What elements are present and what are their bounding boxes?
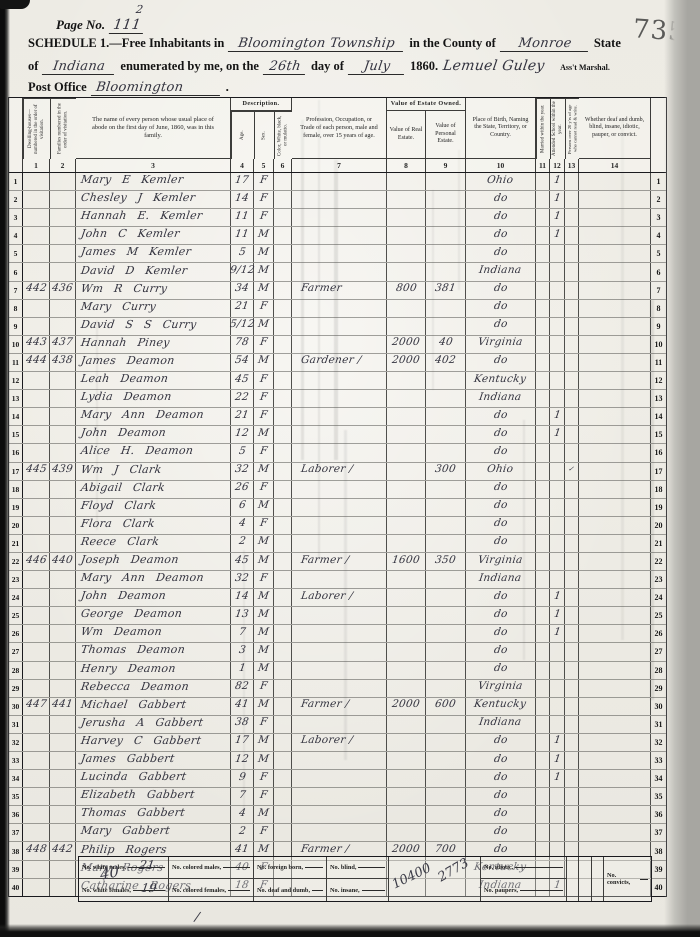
cell-dwelling: 443 xyxy=(25,336,48,348)
cell-sex: F xyxy=(259,174,268,186)
real-estate-total: 10400 xyxy=(390,861,434,893)
cell-sex: F xyxy=(259,391,268,403)
col-header-birthplace: Place of Birth, Naming the State, Territ… xyxy=(466,98,536,159)
cell-sex: F xyxy=(259,300,268,312)
idiotic-label: No. idiotic, xyxy=(484,864,513,871)
cell-age: 11 xyxy=(234,228,250,240)
cell-birthplace: do xyxy=(493,427,508,439)
table-row: 16 Alice H. Deamon 5 F do 16 xyxy=(9,444,666,462)
col-num: 8 xyxy=(387,159,426,172)
cell-name: Mary Curry xyxy=(80,300,157,313)
row-number-left: 11 xyxy=(9,354,23,371)
cell-age: 17 xyxy=(234,734,250,746)
col-header-real-estate: Value of Real Estate. xyxy=(387,111,426,159)
cell-sex: F xyxy=(259,680,268,692)
cell-sex: F xyxy=(259,409,268,421)
row-number-left: 3 xyxy=(9,209,23,226)
cell-birthplace: do xyxy=(493,843,508,855)
white-males-cell: No. white males, 21 xyxy=(79,857,169,879)
table-row: 11 444 438 James Deamon 54 M Gardener / … xyxy=(9,354,666,372)
cell-name: Hannah Piney xyxy=(80,336,171,349)
cell-dwelling: 444 xyxy=(25,354,48,366)
cell-dwelling: 445 xyxy=(25,463,48,475)
cell-birthplace: Ohio xyxy=(487,463,515,475)
cell-name: James Gabbert xyxy=(80,752,175,765)
cell-birthplace: do xyxy=(493,318,508,330)
convicts-cell: No. convicts, xyxy=(604,857,651,901)
cell-birthplace: do xyxy=(493,535,508,547)
cell-birthplace: do xyxy=(493,246,508,258)
cell-cannot-read: ✓ xyxy=(568,465,575,473)
row-number-left: 5 xyxy=(9,245,23,262)
cell-birthplace: do xyxy=(493,499,508,511)
cell-school: 1 xyxy=(553,192,562,204)
paupers-cell: No. paupers, xyxy=(481,879,567,901)
row-number-left: 29 xyxy=(9,680,23,697)
row-number-left: 16 xyxy=(9,444,23,461)
table-row: 19 Floyd Clark 6 M do 19 xyxy=(9,499,666,517)
table-row: 29 Rebecca Deamon 82 F Virginia 29 xyxy=(9,680,666,698)
cell-sex: M xyxy=(257,843,270,855)
cell-age: 22 xyxy=(234,391,250,403)
cell-age: 2 xyxy=(238,825,247,837)
county-value: Monroe xyxy=(500,36,590,52)
cell-family: 441 xyxy=(51,698,74,710)
white-males-value: 21 xyxy=(138,858,155,872)
cell-age: 9/12 xyxy=(229,264,255,276)
cell-real-estate: 2000 xyxy=(391,698,421,710)
cell-name: Elizabeth Gabbert xyxy=(80,788,196,801)
col-num: 2 xyxy=(50,159,76,172)
post-office-label: Post Office xyxy=(28,80,87,95)
cell-age: 11 xyxy=(234,210,250,222)
row-number-left: 37 xyxy=(9,824,23,841)
scan-edge-right xyxy=(664,0,700,937)
row-number-left: 1 xyxy=(9,173,23,190)
scan-edge-left xyxy=(0,0,10,937)
cell-family: 437 xyxy=(51,336,74,348)
cell-sex: M xyxy=(257,590,270,602)
cell-name: Philip Rogers xyxy=(80,843,168,856)
county-label: in the County of xyxy=(409,36,495,51)
table-row: 17 445 439 Wm J Clark 32 M Laborer / 300… xyxy=(9,463,666,481)
cell-age: 12 xyxy=(234,427,250,439)
cell-occupation: Laborer / xyxy=(300,734,354,746)
cell-family: 442 xyxy=(51,843,74,855)
cell-birthplace: do xyxy=(493,807,508,819)
cell-name: Henry Deamon xyxy=(80,662,177,675)
col-num: 9 xyxy=(426,159,466,172)
table-row: 30 447 441 Michael Gabbert 41 M Farmer /… xyxy=(9,698,666,716)
cell-birthplace: do xyxy=(493,517,508,529)
cell-age: 17 xyxy=(234,174,250,186)
table-row: 1 Mary E Kemler 17 F Ohio 1 1 xyxy=(9,173,666,191)
cell-age: 2 xyxy=(238,535,247,547)
table-body: 1 Mary E Kemler 17 F Ohio 1 1 2 Chesley … xyxy=(9,173,666,896)
cell-personal-estate: 600 xyxy=(434,698,457,710)
cell-age: 14 xyxy=(234,192,250,204)
table-row: 34 Lucinda Gabbert 9 F do 1 34 xyxy=(9,770,666,788)
cell-birthplace: do xyxy=(493,662,508,674)
cell-family: 438 xyxy=(51,354,74,366)
cell-sex: M xyxy=(257,734,270,746)
cell-age: 4 xyxy=(238,807,247,819)
row-number-left: 39 xyxy=(9,861,23,878)
cell-birthplace: do xyxy=(493,300,508,312)
cell-school: 1 xyxy=(553,590,562,602)
cell-age: 5 xyxy=(238,445,247,457)
col-header-dwelling: Dwelling-houses— numbered in the order o… xyxy=(23,98,50,159)
white-females-value: 19 xyxy=(140,881,157,895)
col-num: 10 xyxy=(466,159,536,172)
table-row: 10 443 437 Hannah Piney 78 F 2000 40 Vir… xyxy=(9,336,666,354)
table-row: 14 Mary Ann Deamon 21 F do 1 14 xyxy=(9,408,666,426)
table-row: 28 Henry Deamon 1 M do 28 xyxy=(9,662,666,680)
cell-birthplace: Virginia xyxy=(477,554,523,566)
cell-age: 5/12 xyxy=(229,318,255,330)
cell-sex: M xyxy=(257,807,270,819)
cell-sex: M xyxy=(257,318,270,330)
col-num: 11 xyxy=(536,159,550,172)
table-row: 12 Leah Deamon 45 F Kentucky 12 xyxy=(9,372,666,390)
of-label: of xyxy=(28,59,38,74)
cell-age: 21 xyxy=(234,409,250,421)
cell-age: 7 xyxy=(238,789,247,801)
cell-family: 439 xyxy=(51,463,74,475)
row-number-left: 17 xyxy=(9,463,23,480)
cell-birthplace: do xyxy=(493,626,508,638)
col-header-color: Color, White, black, or mulatto. xyxy=(274,111,292,159)
cell-school: 1 xyxy=(553,427,562,439)
cell-birthplace: Ohio xyxy=(487,174,515,186)
cell-name: James Deamon xyxy=(80,354,176,367)
row-number-left: 22 xyxy=(9,553,23,570)
cell-sex: F xyxy=(259,373,268,385)
cell-birthplace: Indiana xyxy=(478,716,522,728)
row-number-left: 8 xyxy=(9,300,23,317)
col-header-name: The name of every person whose usual pla… xyxy=(76,98,231,159)
cell-birthplace: do xyxy=(493,445,508,457)
table-row: 27 Thomas Deamon 3 M do 27 xyxy=(9,643,666,661)
cell-birthplace: do xyxy=(493,192,508,204)
day-of-label: day of xyxy=(311,59,344,74)
personal-estate-total: 2773 xyxy=(435,856,471,886)
cell-age: 6 xyxy=(238,499,247,511)
state-value: Indiana xyxy=(42,59,116,75)
table-row: 6 David D Kemler 9/12 M Indiana 6 xyxy=(9,263,666,281)
cell-name: Wm Deamon xyxy=(80,625,163,638)
col-num: 4 xyxy=(231,159,254,172)
white-females-label: No. white females, xyxy=(82,887,131,894)
marshal-signature: Lemuel Guley xyxy=(442,58,556,74)
cell-sex: M xyxy=(257,499,270,511)
col-header-age: Age. xyxy=(231,111,254,159)
cell-birthplace: do xyxy=(493,608,508,620)
col-num: 1 xyxy=(23,159,50,172)
cell-school: 1 xyxy=(553,228,562,240)
table-row: 37 Mary Gabbert 2 F do 37 xyxy=(9,824,666,842)
foreign-born-label: No. foreign born, xyxy=(257,864,303,871)
schedule-title: SCHEDULE 1.—Free Inhabitants in xyxy=(28,36,224,51)
row-number-left: 12 xyxy=(9,372,23,389)
cell-age: 5 xyxy=(238,246,247,258)
row-number-left: 28 xyxy=(9,662,23,679)
cell-birthplace: do xyxy=(493,771,508,783)
cell-sex: M xyxy=(257,264,270,276)
cell-name: Floyd Clark xyxy=(80,499,157,512)
table-row: 36 Thomas Gabbert 4 M do 36 xyxy=(9,806,666,824)
col-num: 7 xyxy=(292,159,387,172)
cell-birthplace: Kentucky xyxy=(474,373,528,385)
row-number-left: 38 xyxy=(9,842,23,859)
cell-name: George Deamon xyxy=(80,607,183,620)
insane-cell: No. insane, xyxy=(327,879,389,901)
cell-age: 45 xyxy=(234,554,250,566)
cell-sex: F xyxy=(259,481,268,493)
col-header-personal-estate: Value of Personal Estate. xyxy=(426,111,466,159)
col-header-cannot-read: Persons over 20 y'rs of age who cannot r… xyxy=(565,98,579,159)
cell-name: Mary Ann Deamon xyxy=(80,571,205,584)
table-row: 3 Hannah E. Kemler 11 F do 1 3 xyxy=(9,209,666,227)
col-header-occupation: Profession, Occupation, or Trade of each… xyxy=(292,98,387,159)
cell-name: Michael Gabbert xyxy=(80,698,187,711)
cell-family: 440 xyxy=(51,554,74,566)
cell-birthplace: do xyxy=(493,644,508,656)
row-number-left: 9 xyxy=(9,318,23,335)
table-row: 5 James M Kemler 5 M do 5 xyxy=(9,245,666,263)
cell-name: Wm J Clark xyxy=(80,463,162,476)
col-header-family: Families numbered in the order of visita… xyxy=(50,98,76,159)
cell-age: 34 xyxy=(234,282,250,294)
month-value: July xyxy=(348,59,406,75)
cell-personal-estate: 300 xyxy=(434,463,457,475)
cell-dwelling: 447 xyxy=(25,698,48,710)
cell-name: Jerusha A Gabbert xyxy=(80,716,204,729)
cell-sex: F xyxy=(259,336,268,348)
cell-age: 1 xyxy=(238,662,247,674)
row-number-left: 15 xyxy=(9,426,23,443)
table-row: 31 Jerusha A Gabbert 38 F Indiana 31 xyxy=(9,716,666,734)
cell-birthplace: Kentucky xyxy=(474,698,528,710)
cell-name: Thomas Gabbert xyxy=(80,806,186,819)
census-table: Dwelling-houses— numbered in the order o… xyxy=(8,97,667,897)
cell-name: Harvey C Gabbert xyxy=(80,734,202,747)
cell-sex: M xyxy=(257,626,270,638)
cell-occupation: Farmer / xyxy=(300,843,350,855)
cell-sex: F xyxy=(259,210,268,222)
cell-occupation: Farmer / xyxy=(300,698,350,710)
cell-sex: F xyxy=(259,825,268,837)
cell-real-estate: 800 xyxy=(395,282,418,294)
cell-sex: F xyxy=(259,789,268,801)
row-number-left: 18 xyxy=(9,481,23,498)
row-number-left: 4 xyxy=(9,227,23,244)
cell-name: John Deamon xyxy=(80,426,167,439)
cell-age: 32 xyxy=(234,572,250,584)
row-number-left: 34 xyxy=(9,770,23,787)
cell-name: Mary E Kemler xyxy=(80,173,184,186)
cell-age: 9 xyxy=(238,771,247,783)
cell-real-estate: 2000 xyxy=(391,354,421,366)
cell-school: 1 xyxy=(553,626,562,638)
cell-sex: F xyxy=(259,716,268,728)
day-value: 26th xyxy=(263,59,307,75)
deaf-dumb-cell: No. deaf and dumb, xyxy=(254,879,327,901)
cell-name: Flora Clark xyxy=(80,517,156,530)
cell-name: Mary Ann Deamon xyxy=(80,408,205,421)
cell-school: 1 xyxy=(553,771,562,783)
row-number-left: 36 xyxy=(9,806,23,823)
row-number-left: 10 xyxy=(9,336,23,353)
table-row: 26 Wm Deamon 7 M do 1 26 xyxy=(9,625,666,643)
cell-sex: M xyxy=(257,753,270,765)
paupers-label: No. paupers, xyxy=(484,887,518,894)
cell-name: Leah Deamon xyxy=(80,372,169,385)
table-row: 25 George Deamon 13 M do 1 25 xyxy=(9,607,666,625)
cell-name: Hannah E. Kemler xyxy=(80,209,203,222)
cell-school: 1 xyxy=(553,753,562,765)
cell-age: 41 xyxy=(234,843,250,855)
row-number-left: 7 xyxy=(9,282,23,299)
cell-birthplace: Indiana xyxy=(478,572,522,584)
table-row: 23 Mary Ann Deamon 32 F Indiana 23 xyxy=(9,571,666,589)
cell-sex: M xyxy=(257,282,270,294)
cell-birthplace: do xyxy=(493,409,508,421)
deaf-dumb-label: No. deaf and dumb, xyxy=(257,887,310,894)
blind-cell: No. blind, xyxy=(327,857,389,879)
cell-sex: M xyxy=(257,644,270,656)
cell-age: 13 xyxy=(234,608,250,620)
row-number-left: 33 xyxy=(9,752,23,769)
year-label: 1860. xyxy=(410,59,438,74)
cell-age: 82 xyxy=(234,680,250,692)
cell-occupation: Farmer / xyxy=(300,554,350,566)
cell-birthplace: Virginia xyxy=(477,680,523,692)
colored-females-label: No. colored females, xyxy=(172,887,226,894)
table-row: 33 James Gabbert 12 M do 1 33 xyxy=(9,752,666,770)
cell-age: 7 xyxy=(238,626,247,638)
cell-sex: F xyxy=(259,771,268,783)
cell-name: Wm R Curry xyxy=(80,282,168,295)
col-num: 14 xyxy=(579,159,651,172)
row-number-left: 13 xyxy=(9,390,23,407)
cell-occupation: Laborer / xyxy=(300,590,354,602)
cell-age: 12 xyxy=(234,753,250,765)
scan-edge-bottom xyxy=(0,924,700,937)
cell-occupation: Laborer / xyxy=(300,463,354,475)
cell-school: 1 xyxy=(553,409,562,421)
table-row: 8 Mary Curry 21 F do 8 xyxy=(9,300,666,318)
cell-sex: M xyxy=(257,662,270,674)
cell-sex: M xyxy=(257,246,270,258)
page-no-label: Page No. xyxy=(56,17,105,33)
cell-sex: M xyxy=(257,228,270,240)
page-no-value: 111 xyxy=(109,17,145,34)
cell-birthplace: Indiana xyxy=(478,391,522,403)
cell-sex: M xyxy=(257,463,270,475)
cell-sex: F xyxy=(259,445,268,457)
cell-name: Lydia Deamon xyxy=(80,390,172,403)
cell-birthplace: do xyxy=(493,825,508,837)
col-num: 13 xyxy=(565,159,579,172)
cell-personal-estate: 40 xyxy=(438,336,454,348)
col-header-married: Married within the year. xyxy=(536,98,550,159)
cell-age: 4 xyxy=(238,517,247,529)
cell-name: John C Kemler xyxy=(80,227,180,240)
cell-name: Abigail Clark xyxy=(80,481,166,494)
census-page: 735 Page No. 111 2 SCHEDULE 1.—Free Inha… xyxy=(0,0,700,937)
cell-name: Thomas Deamon xyxy=(80,643,186,656)
scan-corner-artifact xyxy=(0,0,30,9)
cell-real-estate: 1600 xyxy=(391,554,421,566)
cell-school: 1 xyxy=(553,608,562,620)
col-header-school: Attended School within the year. xyxy=(550,98,565,159)
cell-age: 14 xyxy=(234,590,250,602)
row-number-left: 14 xyxy=(9,408,23,425)
cell-family: 436 xyxy=(51,282,74,294)
col-header-remarks: Whether deaf and dumb, blind, insane, id… xyxy=(579,98,651,159)
cell-real-estate: 2000 xyxy=(391,336,421,348)
cell-personal-estate: 700 xyxy=(434,843,457,855)
cell-birthplace: Virginia xyxy=(477,336,523,348)
table-row: 2 Chesley J Kemler 14 F do 1 2 xyxy=(9,191,666,209)
col-num: 3 xyxy=(76,159,231,172)
col-num: 5 xyxy=(254,159,274,172)
cell-dwelling: 448 xyxy=(25,843,48,855)
colored-females-cell: No. colored females, xyxy=(169,879,254,901)
township-value: Bloomington Township xyxy=(228,36,405,52)
group-header-estate: Value of Estate Owned. xyxy=(387,98,466,111)
row-number-left: 26 xyxy=(9,625,23,642)
page-no-superscript: 2 xyxy=(135,3,144,16)
cell-age: 54 xyxy=(234,354,250,366)
state-word: State xyxy=(594,36,621,51)
period-mark: . xyxy=(226,79,229,95)
cell-sex: F xyxy=(259,572,268,584)
summary-footer: No. white males, 21 No. colored males, N… xyxy=(78,856,652,902)
table-row: 21 Reece Clark 2 M do 21 xyxy=(9,535,666,553)
cell-sex: M xyxy=(257,427,270,439)
row-number-left: 35 xyxy=(9,788,23,805)
cell-age: 78 xyxy=(234,336,250,348)
cell-age: 45 xyxy=(234,373,250,385)
row-number-left: 20 xyxy=(9,517,23,534)
cell-name: David D Kemler xyxy=(80,264,188,277)
cell-real-estate: 2000 xyxy=(391,843,421,855)
col-num: 12 xyxy=(550,159,565,172)
cell-name: David S S Curry xyxy=(80,318,197,331)
cell-sex: F xyxy=(259,517,268,529)
cell-birthplace: do xyxy=(493,210,508,222)
cell-name: Mary Gabbert xyxy=(80,824,171,837)
row-number-left: 40 xyxy=(9,879,23,896)
table-row: 32 Harvey C Gabbert 17 M Laborer / do 1 … xyxy=(9,734,666,752)
cell-personal-estate: 350 xyxy=(434,554,457,566)
colored-males-cell: No. colored males, xyxy=(169,857,254,879)
foreign-born-cell: No. foreign born, xyxy=(254,857,327,879)
row-number-left: 30 xyxy=(9,698,23,715)
convicts-label: No. convicts, xyxy=(607,872,638,886)
table-row: 18 Abigail Clark 26 F do 18 xyxy=(9,481,666,499)
cell-age: 21 xyxy=(234,300,250,312)
table-row: 22 446 440 Joseph Deamon 45 M Farmer / 1… xyxy=(9,553,666,571)
table-header: Dwelling-houses— numbered in the order o… xyxy=(9,98,666,173)
white-females-cell: No. white females, 19 xyxy=(79,879,169,901)
table-row: 15 John Deamon 12 M do 1 15 xyxy=(9,426,666,444)
col-header-sex: Sex. xyxy=(254,111,274,159)
cell-age: 41 xyxy=(234,698,250,710)
row-number-left: 27 xyxy=(9,643,23,660)
